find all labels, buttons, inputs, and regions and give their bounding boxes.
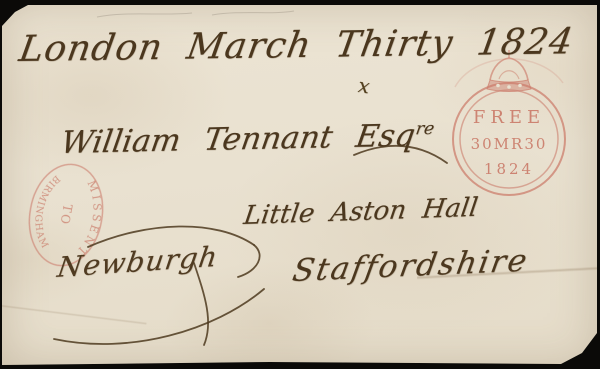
paper-crease (0, 304, 147, 325)
free-stamp-word: FREE (473, 107, 545, 128)
recipient-suffix: re (414, 119, 435, 139)
envelope-paper: FREE 30MR30 1824 MISSENT BIRMINGHAM TO L… (2, 5, 597, 367)
address-line-county: Staffordshire (290, 243, 531, 289)
free-stamp-year: 1824 (484, 160, 534, 178)
address-line-hall: Little Aston Hall (242, 193, 480, 231)
pencil-scribble (97, 11, 294, 17)
recipient-name: William Tennant Esq (58, 118, 417, 161)
free-frank-stamp: FREE 30MR30 1824 (439, 43, 579, 213)
dateline-handwriting: London March Thirty 1824 (16, 21, 576, 70)
inspection-x-mark: x (357, 73, 372, 98)
recipient-line: William Tennant Esqre (58, 117, 436, 161)
free-stamp-date: 30MR30 (471, 135, 548, 153)
missent-center-word: TO (57, 203, 75, 227)
photo-background: { "document": { "kind": "1824 free front… (0, 0, 600, 369)
